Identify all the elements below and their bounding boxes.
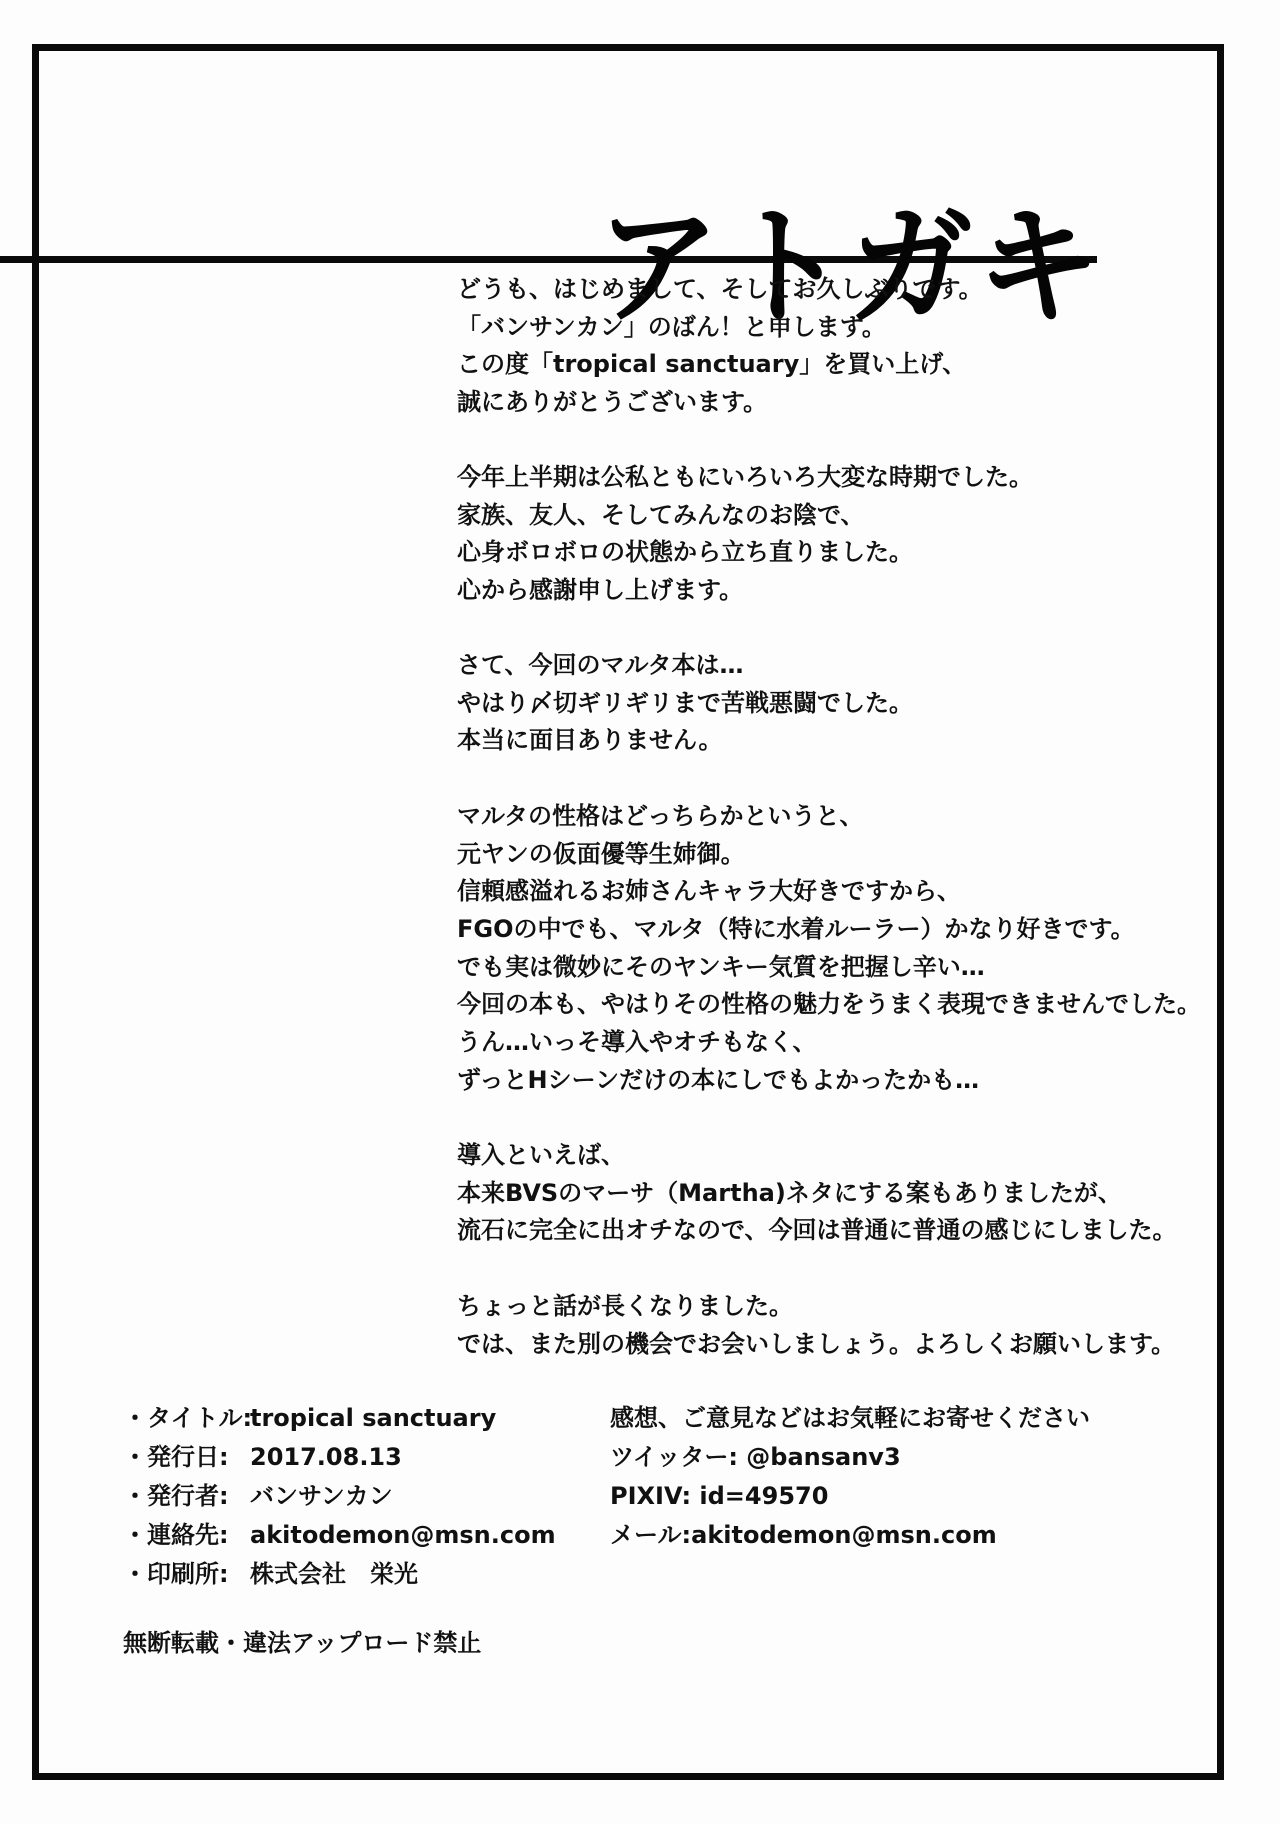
text-line: やはり〆切ギリギリまで苦戦悪闘でした。: [457, 685, 913, 723]
text-line: 誠にありがとうございます。: [457, 384, 983, 422]
text-line: ずっとHシーンだけの本にしでもよかったかも…: [457, 1062, 1201, 1100]
colophon-label: ・発行日:: [123, 1438, 250, 1477]
paragraph-character: マルタの性格はどっちらかというと、 元ヤンの仮面優等生姉御。 信頼感溢れるお姉さ…: [457, 798, 1201, 1100]
colophon-value: 株式会社 栄光: [250, 1560, 418, 1588]
colophon-value: 2017.08.13: [250, 1443, 402, 1471]
text-line: 流石に完全に出オチなので、今回は普通に普通の感じにしました。: [457, 1212, 1177, 1250]
colophon-label: ・発行者:: [123, 1477, 250, 1516]
text-line: うん…いっそ導入やオチもなく、: [457, 1024, 1201, 1062]
text-line: 導入といえば、: [457, 1137, 1177, 1175]
colophon-value: tropical sanctuary: [250, 1404, 496, 1432]
colophon-row-title: ・タイトル:tropical sanctuary: [123, 1399, 556, 1438]
text-line: 本来BVSのマーサ（Martha)ネタにする案もありましたが、: [457, 1175, 1177, 1213]
text-line: さて、今回のマルタ本は…: [457, 647, 913, 685]
paragraph-greeting: どうも、はじめまして、そしてお久しぶりです。 「バンサンカン」のばん！と申します…: [457, 271, 983, 422]
text-line: 今年上半期は公私ともにいろいろ大変な時期でした。: [457, 459, 1033, 497]
text-line: 信頼感溢れるお姉さんキャラ大好きですから、: [457, 873, 1201, 911]
feedback-note: 感想、ご意見などはお気軽にお寄せください: [610, 1399, 1090, 1438]
colophon-row-contact: ・連絡先:akitodemon@msn.com: [123, 1516, 556, 1555]
colophon-value: akitodemon@msn.com: [250, 1521, 556, 1549]
colophon-label: ・印刷所:: [123, 1555, 250, 1594]
text-line: でも実は微妙にそのヤンキー気質を把握し辛い…: [457, 949, 1201, 987]
colophon-label: ・連絡先:: [123, 1516, 250, 1555]
text-line: FGOの中でも、マルタ（特に水着ルーラー）かなり好きです。: [457, 911, 1201, 949]
text-line: この度「tropical sanctuary」を買い上げ、: [457, 346, 983, 384]
text-line: 本当に面目ありません。: [457, 722, 913, 760]
email-address: メール:akitodemon@msn.com: [610, 1516, 1090, 1555]
text-line: 「バンサンカン」のばん！と申します。: [457, 309, 983, 347]
text-line: ちょっと話が長くなりました。: [457, 1288, 1175, 1326]
paragraph-intro: 導入といえば、 本来BVSのマーサ（Martha)ネタにする案もありましたが、 …: [457, 1137, 1177, 1250]
contact-info: 感想、ご意見などはお気軽にお寄せください ツイッター: @bansanv3 PI…: [610, 1399, 1090, 1555]
pixiv-id: PIXIV: id=49570: [610, 1477, 1090, 1516]
twitter-handle: ツイッター: @bansanv3: [610, 1438, 1090, 1477]
paragraph-deadline: さて、今回のマルタ本は… やはり〆切ギリギリまで苦戦悪闘でした。 本当に面目あり…: [457, 647, 913, 760]
text-line: マルタの性格はどっちらかというと、: [457, 798, 1201, 836]
text-line: 心から感謝申し上げます。: [457, 572, 1033, 610]
paragraph-year: 今年上半期は公私ともにいろいろ大変な時期でした。 家族、友人、そしてみんなのお陰…: [457, 459, 1033, 610]
paragraph-closing: ちょっと話が長くなりました。 では、また別の機会でお会いしましょう。よろしくお願…: [457, 1288, 1175, 1363]
colophon-label: ・タイトル:: [123, 1399, 250, 1438]
colophon-row-date: ・発行日:2017.08.13: [123, 1438, 556, 1477]
text-line: 今回の本も、やはりその性格の魅力をうまく表現できませんでした。: [457, 986, 1201, 1024]
text-line: 家族、友人、そしてみんなのお陰で、: [457, 497, 1033, 535]
copyright-notice: 無断転載・違法アップロード禁止: [123, 1625, 481, 1661]
text-line: どうも、はじめまして、そしてお久しぶりです。: [457, 271, 983, 309]
colophon-row-printer: ・印刷所:株式会社 栄光: [123, 1555, 556, 1594]
text-line: 元ヤンの仮面優等生姉御。: [457, 836, 1201, 874]
colophon-row-publisher: ・発行者:バンサンカン: [123, 1477, 556, 1516]
colophon-value: バンサンカン: [250, 1482, 393, 1510]
text-line: では、また別の機会でお会いしましょう。よろしくお願いします。: [457, 1326, 1175, 1364]
text-line: 心身ボロボロの状態から立ち直りました。: [457, 534, 1033, 572]
colophon-info: ・タイトル:tropical sanctuary ・発行日:2017.08.13…: [123, 1399, 556, 1594]
